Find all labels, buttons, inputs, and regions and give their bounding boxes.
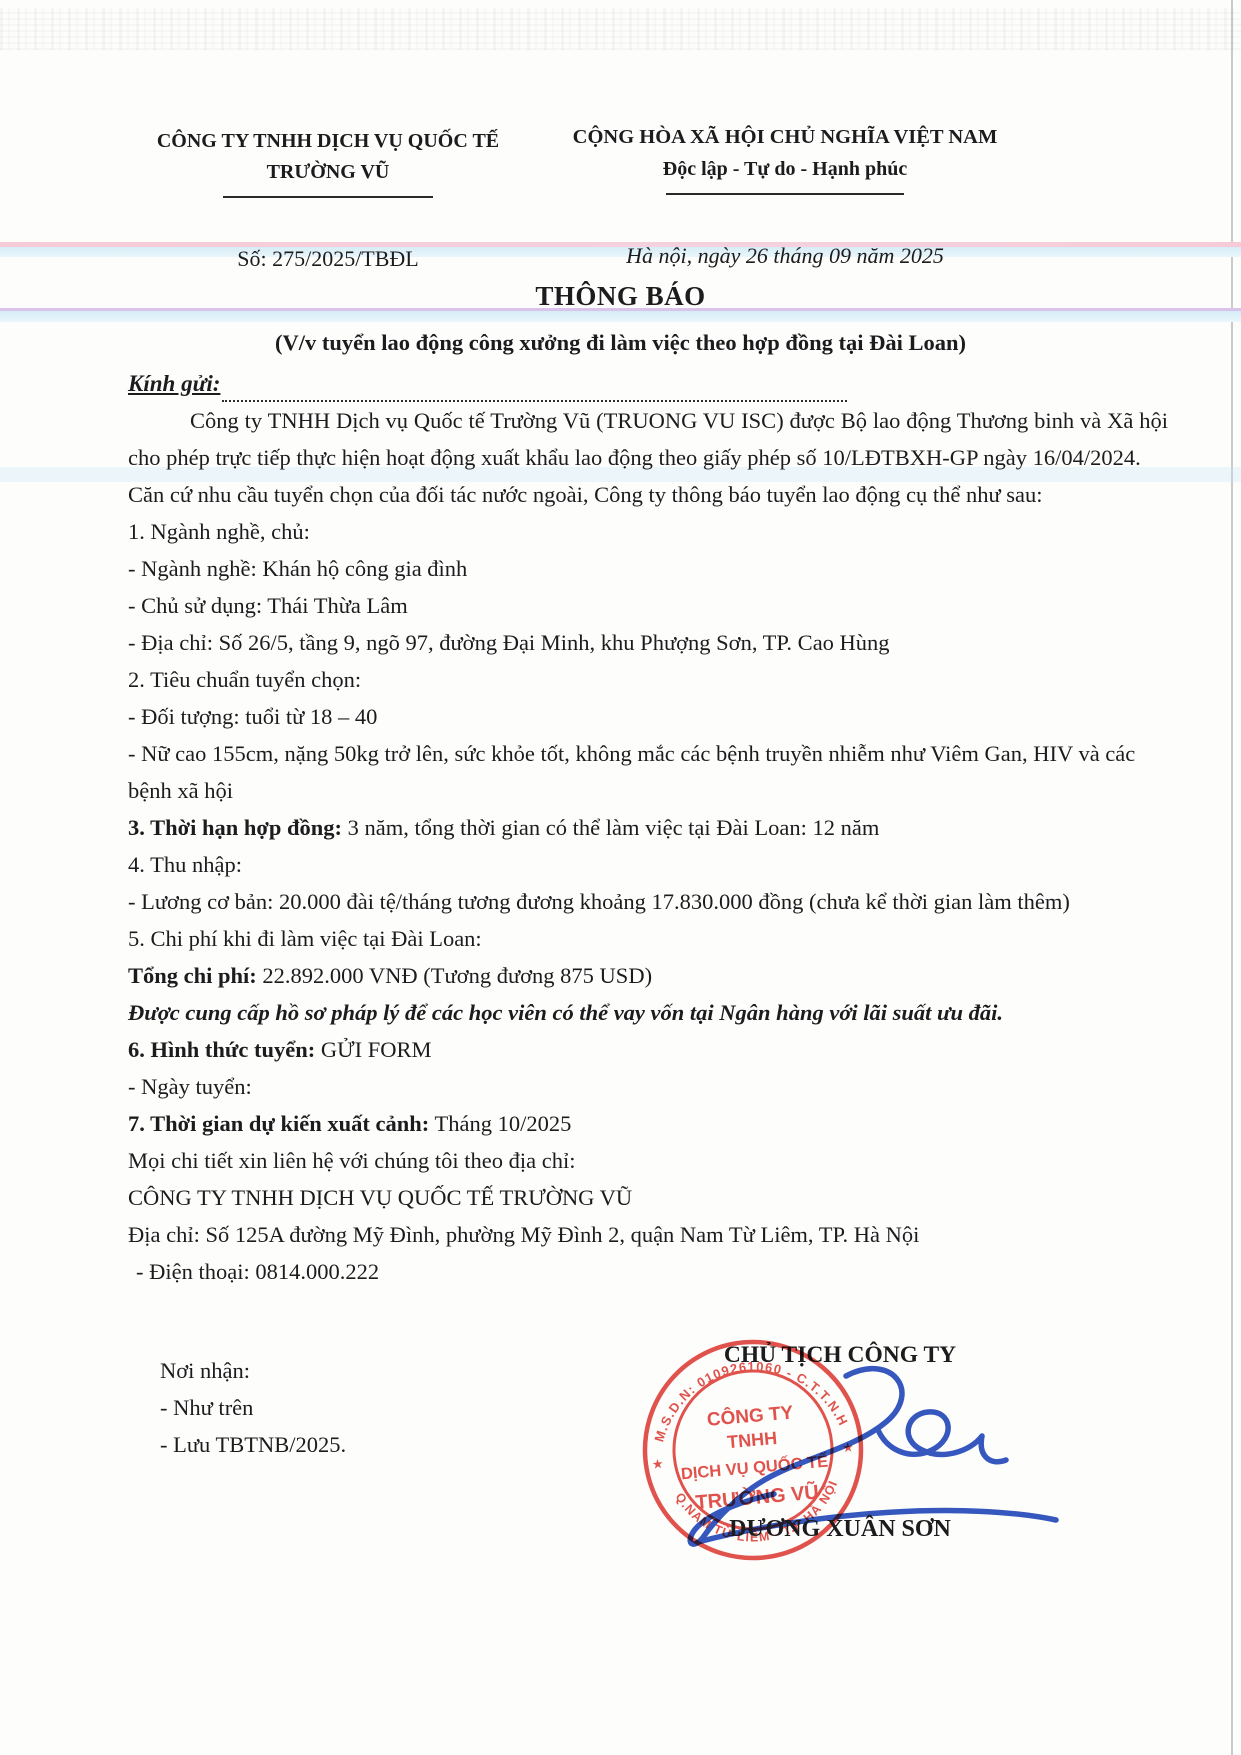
recipient-item-2: - Lưu TBTNB/2025. [160,1426,346,1463]
section-2-heading: 2. Tiêu chuẩn tuyển chọn: [128,661,1168,698]
section-1-heading: 1. Ngành nghề, chủ: [128,513,1168,550]
section-4-salary: - Lương cơ bản: 20.000 đài tệ/tháng tươn… [128,883,1168,920]
scan-edge-line [1231,0,1233,1755]
section-3-line: 3. Thời hạn hợp đồng: 3 năm, tổng thời g… [128,809,1168,846]
section-5-total-label: Tổng chi phí: [128,963,257,988]
section-4-heading: 4. Thu nhập: [128,846,1168,883]
section-2-age: - Đối tượng: tuổi từ 18 – 40 [128,698,1168,735]
section-1-address: - Địa chỉ: Số 26/5, tầng 9, ngõ 97, đườn… [128,624,1168,661]
national-header: CỘNG HÒA XÃ HỘI CHỦ NGHĨA VIỆT NAM Độc l… [565,126,1005,195]
recipient-item-1: - Như trên [160,1389,346,1426]
scanner-band-cyan-2 [0,311,1241,322]
section-6-text: GỬI FORM [315,1037,431,1062]
scan-noise-artifact [0,8,1241,50]
national-motto-line1: CỘNG HÒA XÃ HỘI CHỦ NGHĨA VIỆT NAM [565,126,1005,149]
section-5-total-text: 22.892.000 VNĐ (Tương đương 875 USD) [257,963,652,988]
section-7-label: 7. Thời gian dự kiến xuất cảnh: [128,1111,429,1136]
dotted-fill-line [222,371,847,402]
company-name-line2: TRƯỜNG VŨ [118,161,538,184]
basis-line: Căn cứ nhu cầu tuyển chọn của đối tác nư… [128,476,1168,513]
section-6-line: 6. Hình thức tuyển: GỬI FORM [128,1031,1168,1068]
section-6-date: - Ngày tuyển: [128,1068,1168,1105]
contact-heading: Mọi chi tiết xin liên hệ với chúng tôi t… [128,1142,1168,1179]
contact-address: Địa chỉ: Số 125A đường Mỹ Đình, phường M… [128,1216,1168,1253]
company-header: CÔNG TY TNHH DỊCH VỤ QUỐC TẾ TRƯỜNG VŨ [118,130,538,198]
document-title: THÔNG BÁO [0,281,1241,312]
salutation-line: Kính gửi: [128,365,1168,402]
section-3-text: 3 năm, tổng thời gian có thể làm việc tạ… [342,815,879,840]
section-7-line: 7. Thời gian dự kiến xuất cảnh: Tháng 10… [128,1105,1168,1142]
document-body: Kính gửi: Công ty TNHH Dịch vụ Quốc tế T… [128,365,1168,1290]
signer-name: DƯƠNG XUÂN SƠN [630,1516,1050,1543]
recipients-block: Nơi nhận: - Như trên - Lưu TBTNB/2025. [160,1352,346,1463]
intro-paragraph: Công ty TNHH Dịch vụ Quốc tế Trường Vũ (… [128,402,1168,476]
section-1-employer: - Chủ sử dụng: Thái Thừa Lâm [128,587,1168,624]
loan-note: Được cung cấp hồ sơ pháp lý để các học v… [128,994,1168,1031]
signature-stroke-orn [878,1412,1006,1462]
section-3-label: 3. Thời hạn hợp đồng: [128,815,342,840]
company-name-line1: CÔNG TY TNHH DỊCH VỤ QUỐC TẾ [118,130,538,153]
document-page: CÔNG TY TNHH DỊCH VỤ QUỐC TẾ TRƯỜNG VŨ S… [0,0,1241,1755]
section-2-health: - Nữ cao 155cm, nặng 50kg trở lên, sức k… [128,735,1168,809]
document-subject: (V/v tuyển lao động công xưởng đi làm vi… [0,330,1241,356]
section-5-heading: 5. Chi phí khi đi làm việc tại Đài Loan: [128,920,1168,957]
national-motto-line2: Độc lập - Tự do - Hạnh phúc [565,158,1005,181]
document-number: Số: 275/2025/TBĐL [118,246,538,272]
section-6-label: 6. Hình thức tuyển: [128,1037,315,1062]
salutation-label: Kính gửi: [128,365,220,402]
place-and-date: Hà nội, ngày 26 tháng 09 năm 2025 [565,243,1005,269]
section-7-text: Tháng 10/2025 [429,1111,571,1136]
contact-phone: - Điện thoại: 0814.000.222 [128,1253,1168,1290]
header-rule-right [666,193,904,195]
section-1-job: - Ngành nghề: Khán hộ công gia đình [128,550,1168,587]
contact-company: CÔNG TY TNHH DỊCH VỤ QUỐC TẾ TRƯỜNG VŨ [128,1179,1168,1216]
recipients-label: Nơi nhận: [160,1352,346,1389]
section-5-total-line: Tổng chi phí: 22.892.000 VNĐ (Tương đươn… [128,957,1168,994]
header-rule-left [223,196,433,198]
